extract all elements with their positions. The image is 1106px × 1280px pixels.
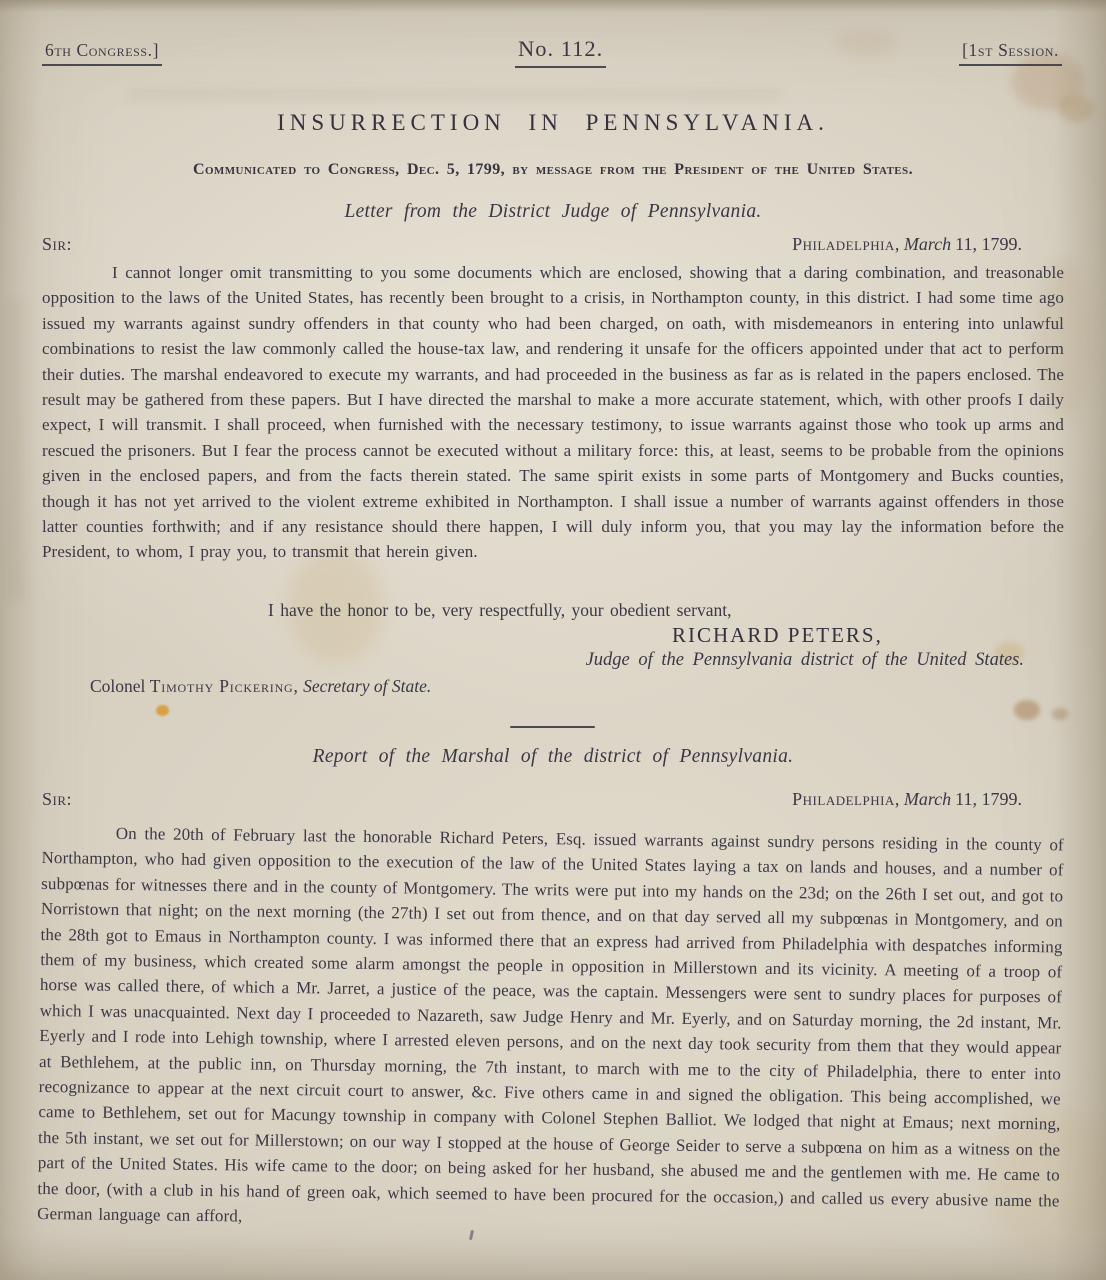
report-dateline-row: Sir: Philadelphia, March 11, 1799. bbox=[42, 789, 1022, 810]
paper-stain bbox=[1052, 708, 1068, 720]
report-dateline-place: Philadelphia, bbox=[792, 789, 900, 809]
letter-dateline: Philadelphia, March 11, 1799. bbox=[792, 234, 1022, 255]
show-through-smudge bbox=[130, 88, 780, 101]
report-dateline-rest: 11, 1799. bbox=[955, 789, 1022, 809]
session-label: [1st Session. bbox=[959, 40, 1062, 66]
congress-label: 6th Congress.] bbox=[42, 40, 162, 66]
letter-heading: Letter from the District Judge of Pennsy… bbox=[0, 201, 1106, 223]
page-header: 6th Congress.] No. 112. [1st Session. bbox=[42, 36, 1062, 68]
addressee-name: Timothy Pickering, bbox=[150, 676, 299, 696]
letter-body: I cannot longer omit transmitting to you… bbox=[42, 260, 1064, 565]
letter-addressee: Colonel Timothy Pickering, Secretary of … bbox=[90, 676, 431, 697]
letter-signature-title: Judge of the Pennsylvania district of th… bbox=[586, 650, 1024, 671]
letter-closing: I have the honor to be, very respectfull… bbox=[268, 600, 732, 621]
ink-speck bbox=[469, 1230, 474, 1240]
addressee-title: Secretary of State. bbox=[303, 676, 431, 696]
report-dateline: Philadelphia, March 11, 1799. bbox=[792, 789, 1022, 810]
section-divider-rule bbox=[510, 726, 595, 728]
document-number: No. 112. bbox=[515, 36, 606, 68]
paper-stain bbox=[156, 705, 169, 716]
paper-stain bbox=[1014, 700, 1040, 720]
scanned-document-page: 6th Congress.] No. 112. [1st Session. IN… bbox=[0, 0, 1106, 1280]
letter-dateline-rest: 11, 1799. bbox=[955, 234, 1022, 254]
letter-dateline-place: Philadelphia, bbox=[792, 234, 900, 254]
report-dateline-month: March bbox=[904, 789, 951, 809]
report-body: On the 20th of February last the honorab… bbox=[37, 820, 1064, 1239]
addressee-prefix: Colonel bbox=[90, 676, 145, 696]
letter-dateline-month: March bbox=[904, 234, 951, 254]
letter-dateline-row: Sir: Philadelphia, March 11, 1799. bbox=[42, 234, 1022, 255]
letter-salutation: Sir: bbox=[42, 234, 72, 255]
report-heading: Report of the Marshal of the district of… bbox=[0, 746, 1106, 768]
report-salutation: Sir: bbox=[42, 789, 72, 810]
show-through-smudge bbox=[8, 300, 24, 600]
letter-signature: RICHARD PETERS, bbox=[672, 623, 883, 648]
document-subtitle: Communicated to Congress, Dec. 5, 1799, … bbox=[0, 161, 1106, 179]
document-title: INSURRECTION IN PENNSYLVANIA. bbox=[0, 110, 1106, 136]
